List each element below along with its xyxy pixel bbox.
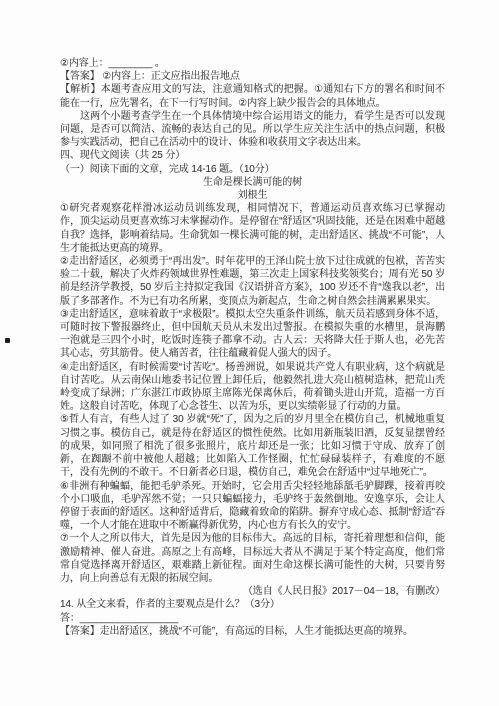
article-title: 生命是棵长满可能的树 — [60, 176, 445, 189]
article-source: （选自《人民日报》2017－04－18，有删改） — [60, 585, 445, 598]
section-heading: 四、现代文阅读（共 25 分） — [60, 149, 445, 162]
exam-content: ②内容上：________ 。 【答案】 ②内容上：正文应指出报告地点 【解析】… — [60, 57, 445, 638]
article-paragraph-1: ①研究者观察花样滑冰运动员训练发现，相同情况下，普通运动员喜欢练习已掌握动作，顶… — [60, 202, 445, 255]
scanned-exam-page: ②内容上：________ 。 【答案】 ②内容上：正文应指出报告地点 【解析】… — [0, 0, 499, 706]
article-paragraph-5: ⑤哲人有言，有些人过了 30 岁就“死”了，因为之后的岁月里全在模仿自己，机械地… — [60, 413, 445, 479]
question-14: 14. 从全文来看，作者的主要观点是什么？（3分） — [60, 598, 445, 611]
article-paragraph-6: ⑥非洲有种蝙蝠，能把毛驴杀死。开始时，它会用舌尖轻轻地舔舐毛驴脚踝，接着再咬个小… — [60, 480, 445, 533]
subsection-instruction: （一）阅读下面的文章，完成 14-16 题。（10分） — [60, 163, 445, 176]
article-paragraph-4: ④走出舒适区，有时候需要“讨苦吃”。杨善洲说，如果说共产党人有职业病，这个病就是… — [60, 361, 445, 414]
article-paragraph-2: ②走出舒适区，必须勇于“再出发”。时年花甲的王泽山院士放下过往成就的包袱，苦苦实… — [60, 255, 445, 308]
question-14-answer-blank: 答：__________________ — [60, 612, 445, 625]
question-14-answer: 【答案】走出舒适区，挑战“不可能”，有高远的目标，人生才能抵达更高的境界。 — [60, 625, 445, 638]
prev-commentary-paragraph: 这两个小题考查学生在一个具体情境中综合运用语文的能力，看学生是否可以发现问题，是… — [60, 110, 445, 150]
prev-answer-line: 【答案】 ②内容上：正文应指出报告地点 — [60, 70, 445, 83]
article-paragraph-7: ⑦一个人之所以伟大，首先是因为他的目标伟大。高远的目标，寄托着理想和信仰，能激励… — [60, 532, 445, 585]
fill-in-blank-line: ②内容上：________ 。 — [60, 57, 445, 70]
article-paragraph-3: ③走出舒适区，意味着敢于“求极限”。模拟太空失重条件训练，航天员若感到身体不适，… — [60, 308, 445, 361]
article-author: 刘根生 — [60, 189, 445, 202]
scan-artifact-dot — [5, 338, 10, 343]
prev-analysis-paragraph: 【解析】本题考查应用文的写法，注意通知格式的把握。①通知右下方的署名和时间不能在… — [60, 83, 445, 109]
